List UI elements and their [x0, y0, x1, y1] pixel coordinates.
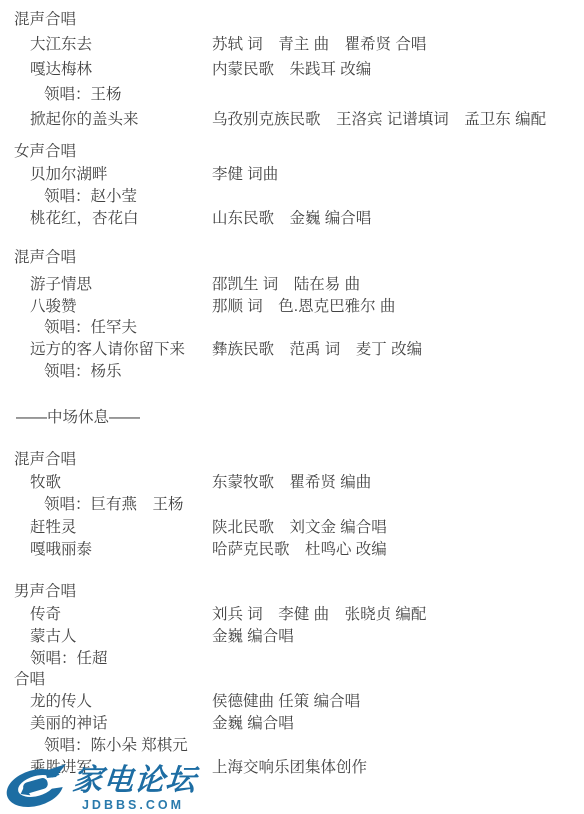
section-title: 男声合唱 [14, 582, 76, 602]
song-credit: 乌孜别克族民歌 王洛宾 记谱填词 孟卫东 编配 [212, 110, 546, 130]
section-title: 女声合唱 [14, 142, 76, 162]
song-credit: 金巍 编合唱 [212, 714, 294, 734]
song-credit: 李健 词曲 [212, 165, 278, 185]
song-title: 传奇 [30, 605, 61, 625]
song-title: 游子情思 [30, 275, 92, 295]
lead-singer-label: 领唱：任超 [30, 649, 108, 669]
lead-singer-row: 领唱：赵小莹 [0, 187, 584, 209]
lead-singer-row: 领唱：巨有燕 王杨 [0, 495, 584, 517]
song-credit: 侯德健曲 任策 编合唱 [212, 692, 360, 712]
jdbbs-swirl-logo-icon [4, 759, 70, 814]
lead-singer-row: 领唱：陈小朵 郑棋元 [0, 736, 584, 758]
watermark-site-domain: JDBBS.COM [71, 798, 195, 812]
song-credit: 邵凯生 词 陆在易 曲 [212, 275, 360, 295]
section-title: 混声合唱 [14, 248, 76, 268]
program-song-row: 掀起你的盖头来乌孜别克族民歌 王洛宾 记谱填词 孟卫东 编配 [0, 110, 584, 132]
program-song-row: 蒙古人金巍 编合唱 [0, 627, 584, 649]
song-title: 赶牲灵 [30, 518, 77, 538]
lead-singer-label: 领唱：赵小莹 [44, 187, 137, 207]
watermark-text: 家电论坛 JDBBS.COM [71, 765, 195, 812]
program-song-row: 游子情思邵凯生 词 陆在易 曲 [0, 275, 584, 297]
program-song-row: 美丽的神话金巍 编合唱 [0, 714, 584, 736]
song-title: 八骏赞 [30, 297, 77, 317]
lead-singer-row: 领唱：任罕夫 [0, 318, 584, 340]
song-credit: 东蒙牧歌 瞿希贤 编曲 [212, 473, 371, 493]
watermark-site-name: 家电论坛 [71, 765, 198, 797]
program-section-row: 女声合唱 [0, 142, 584, 164]
song-credit: 苏轼 词 青主 曲 瞿希贤 合唱 [212, 35, 426, 55]
program-song-row: 大江东去苏轼 词 青主 曲 瞿希贤 合唱 [0, 35, 584, 57]
lead-singer-row: 领唱：任超 [0, 649, 584, 671]
program-section-row: 合唱 [0, 670, 584, 692]
song-title: 龙的传人 [30, 692, 92, 712]
song-credit: 刘兵 词 李健 曲 张晓贞 编配 [212, 605, 426, 625]
program-song-row: 牧歌东蒙牧歌 瞿希贤 编曲 [0, 473, 584, 495]
program-section-row: 混声合唱 [0, 10, 584, 32]
song-title: 贝加尔湖畔 [30, 165, 108, 185]
song-credit: 内蒙民歌 朱践耳 改编 [212, 60, 371, 80]
song-credit: 那顺 词 色.恩克巴雅尔 曲 [212, 297, 395, 317]
song-title: 嘎达梅林 [30, 60, 92, 80]
lead-singer-label: 领唱：王杨 [44, 85, 122, 105]
section-title: 混声合唱 [14, 10, 76, 30]
lead-singer-label: 领唱：任罕夫 [44, 318, 137, 338]
intermission-row: ——中场休息—— [0, 408, 584, 430]
section-title: 合唱 [14, 670, 45, 690]
lead-singer-row: 领唱：杨乐 [0, 362, 584, 384]
lead-singer-row: 领唱：王杨 [0, 85, 584, 107]
lead-singer-label: 领唱：陈小朵 郑棋元 [44, 736, 188, 756]
program-list: 混声合唱大江东去苏轼 词 青主 曲 瞿希贤 合唱嘎达梅林内蒙民歌 朱践耳 改编领… [0, 0, 584, 814]
program-section-row: 混声合唱 [0, 248, 584, 270]
song-credit: 哈萨克民歌 杜鸣心 改编 [212, 540, 387, 560]
song-credit: 陕北民歌 刘文金 编合唱 [212, 518, 387, 538]
song-credit: 彝族民歌 范禹 词 麦丁 改编 [212, 340, 422, 360]
program-song-row: 远方的客人请你留下来彝族民歌 范禹 词 麦丁 改编 [0, 340, 584, 362]
song-title: 远方的客人请你留下来 [30, 340, 185, 360]
program-song-row: 嘎达梅林内蒙民歌 朱践耳 改编 [0, 60, 584, 82]
song-credit: 金巍 编合唱 [212, 627, 294, 647]
program-song-row: 桃花红，杏花白山东民歌 金巍 编合唱 [0, 209, 584, 231]
song-title: 掀起你的盖头来 [30, 110, 139, 130]
song-title: 大江东去 [30, 35, 92, 55]
lead-singer-label: 领唱：杨乐 [44, 362, 122, 382]
song-credit: 山东民歌 金巍 编合唱 [212, 209, 371, 229]
song-title: 嘎哦丽泰 [30, 540, 92, 560]
song-credit: 上海交响乐团集体创作 [212, 758, 367, 778]
program-song-row: 赶牲灵陕北民歌 刘文金 编合唱 [0, 518, 584, 540]
concert-program-page: { "page": { "background": "#ffffff", "te… [0, 0, 584, 814]
program-song-row: 贝加尔湖畔李健 词曲 [0, 165, 584, 187]
song-title: 牧歌 [30, 473, 61, 493]
song-title: 蒙古人 [30, 627, 77, 647]
section-title: 混声合唱 [14, 450, 76, 470]
intermission-label: ——中场休息—— [16, 408, 140, 428]
program-song-row: 龙的传人侯德健曲 任策 编合唱 [0, 692, 584, 714]
program-song-row: 嘎哦丽泰哈萨克民歌 杜鸣心 改编 [0, 540, 584, 562]
program-song-row: 八骏赞那顺 词 色.恩克巴雅尔 曲 [0, 297, 584, 319]
lead-singer-label: 领唱：巨有燕 王杨 [44, 495, 184, 515]
program-section-row: 男声合唱 [0, 582, 584, 604]
song-title: 美丽的神话 [30, 714, 108, 734]
song-title: 桃花红，杏花白 [30, 209, 139, 229]
program-section-row: 混声合唱 [0, 450, 584, 472]
watermark: 家电论坛 JDBBS.COM [4, 759, 195, 814]
program-song-row: 传奇刘兵 词 李健 曲 张晓贞 编配 [0, 605, 584, 627]
